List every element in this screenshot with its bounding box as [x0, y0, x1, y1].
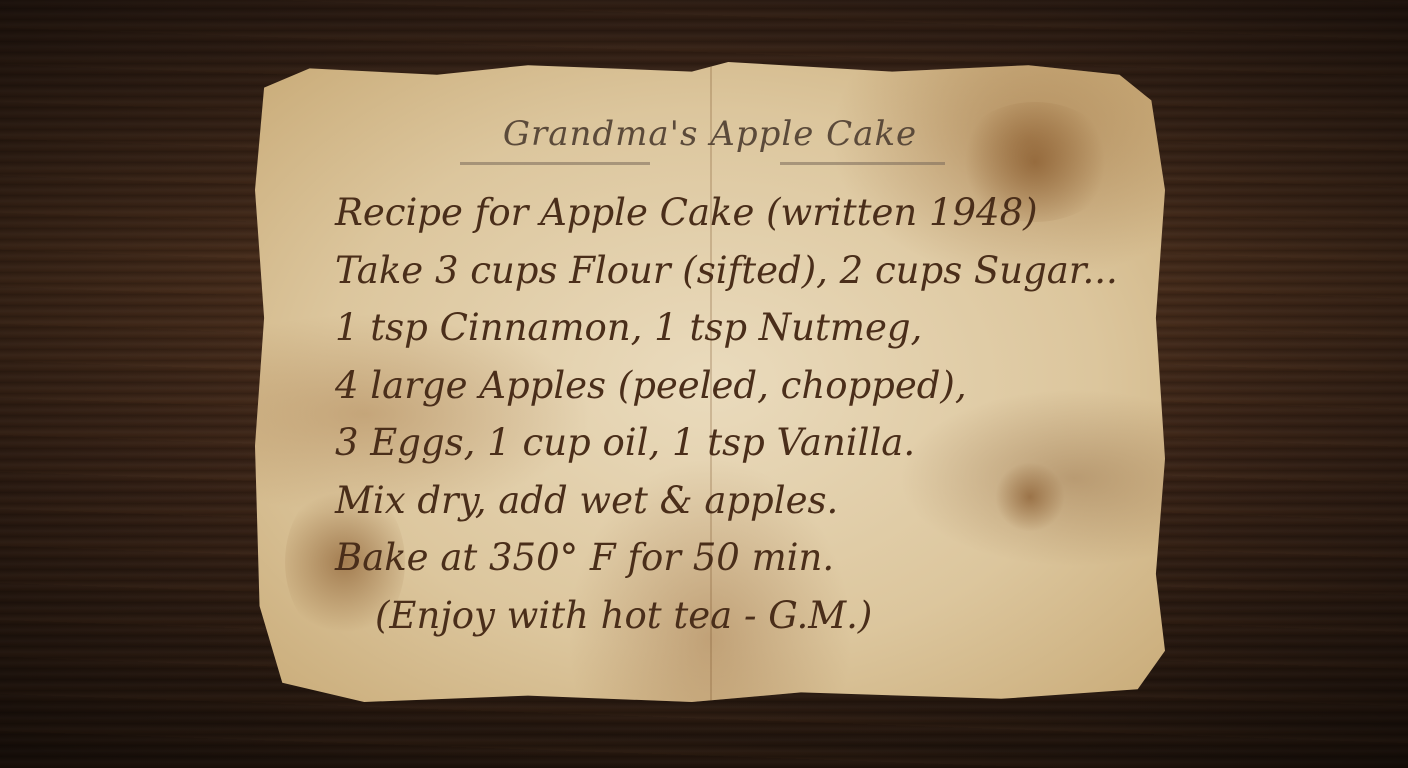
title-underline: [780, 162, 945, 165]
recipe-line: 3 Eggs, 1 cup oil, 1 tsp Vanilla.: [335, 414, 1135, 472]
recipe-line: Mix dry, add wet & apples.: [335, 472, 1135, 530]
recipe-signoff: (Enjoy with hot tea - G.M.): [335, 587, 1135, 645]
recipe-line: Take 3 cups Flour (sifted), 2 cups Sugar…: [335, 242, 1135, 300]
recipe-title: Grandma's Apple Cake: [255, 114, 1165, 154]
recipe-line: Bake at 350° F for 50 min.: [335, 529, 1135, 587]
recipe-card: Grandma's Apple Cake Recipe for Apple Ca…: [255, 62, 1165, 702]
recipe-line: 1 tsp Cinnamon, 1 tsp Nutmeg,: [335, 299, 1135, 357]
recipe-text: Recipe for Apple Cake (written 1948) Tak…: [335, 184, 1135, 644]
title-underline: [460, 162, 650, 165]
recipe-line: Recipe for Apple Cake (written 1948): [335, 184, 1135, 242]
recipe-line: 4 large Apples (peeled, chopped),: [335, 357, 1135, 415]
